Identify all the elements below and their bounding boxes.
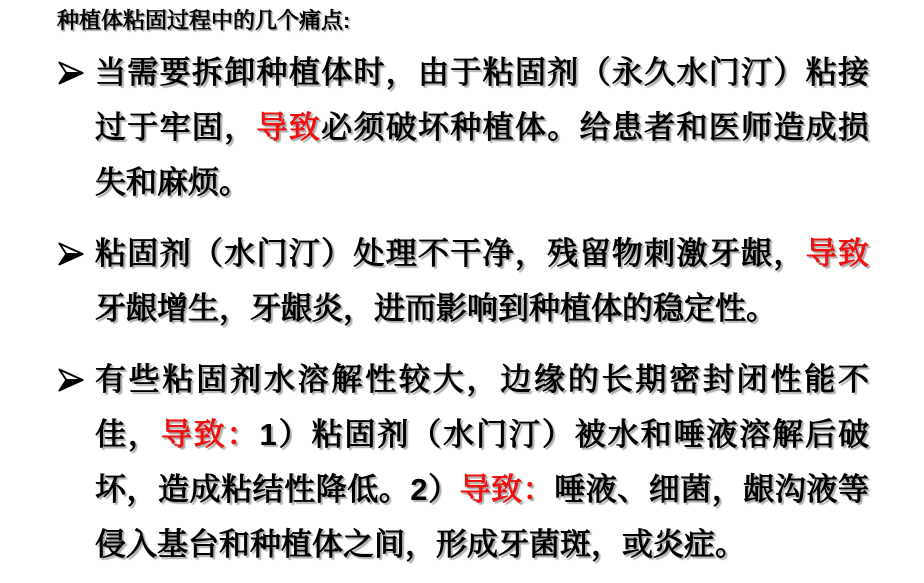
highlighted-text-segment: 导致 bbox=[806, 236, 869, 271]
text-segment: 粘固剂（水门汀）处理不干净，残留物刺激牙龈， bbox=[95, 236, 806, 271]
slide-title: 种植体粘固过程中的几个痛点: bbox=[57, 4, 350, 35]
text-segment: 牙龈增生，牙龈炎，进而影响到种植体的稳定性。 bbox=[95, 291, 777, 326]
highlighted-text-segment: 导致： bbox=[161, 417, 260, 452]
bullet-text: 有些粘固剂水溶解性较大，边缘的长期密封闭性能不佳，导致：1）粘固剂（水门汀）被水… bbox=[95, 362, 869, 562]
bullet-item: 粘固剂（水门汀）处理不干净，残留物刺激牙龈，导致牙龈增生，牙龈炎，进而影响到种植… bbox=[57, 226, 869, 336]
arrowhead-bullet-icon bbox=[57, 59, 85, 87]
bullet-text: 粘固剂（水门汀）处理不干净，残留物刺激牙龈，导致牙龈增生，牙龈炎，进而影响到种植… bbox=[95, 236, 869, 326]
arrowhead-bullet-icon bbox=[57, 240, 85, 268]
bullet-item: 有些粘固剂水溶解性较大，边缘的长期密封闭性能不佳，导致：1）粘固剂（水门汀）被水… bbox=[57, 352, 869, 572]
bullet-text: 当需要拆卸种植体时，由于粘固剂（永久水门汀）粘接过于牢固，导致必须破坏种植体。给… bbox=[95, 55, 869, 200]
arrowhead-bullet-icon bbox=[57, 366, 85, 394]
bullet-item: 当需要拆卸种植体时，由于粘固剂（永久水门汀）粘接过于牢固，导致必须破坏种植体。给… bbox=[57, 45, 869, 210]
presentation-slide: 种植体粘固过程中的几个痛点: 当需要拆卸种植体时，由于粘固剂（永久水门汀）粘接过… bbox=[0, 0, 924, 583]
highlighted-text-segment: 导致： bbox=[460, 472, 555, 507]
highlighted-text-segment: 导致 bbox=[257, 110, 322, 145]
bullet-list: 当需要拆卸种植体时，由于粘固剂（永久水门汀）粘接过于牢固，导致必须破坏种植体。给… bbox=[57, 45, 869, 583]
